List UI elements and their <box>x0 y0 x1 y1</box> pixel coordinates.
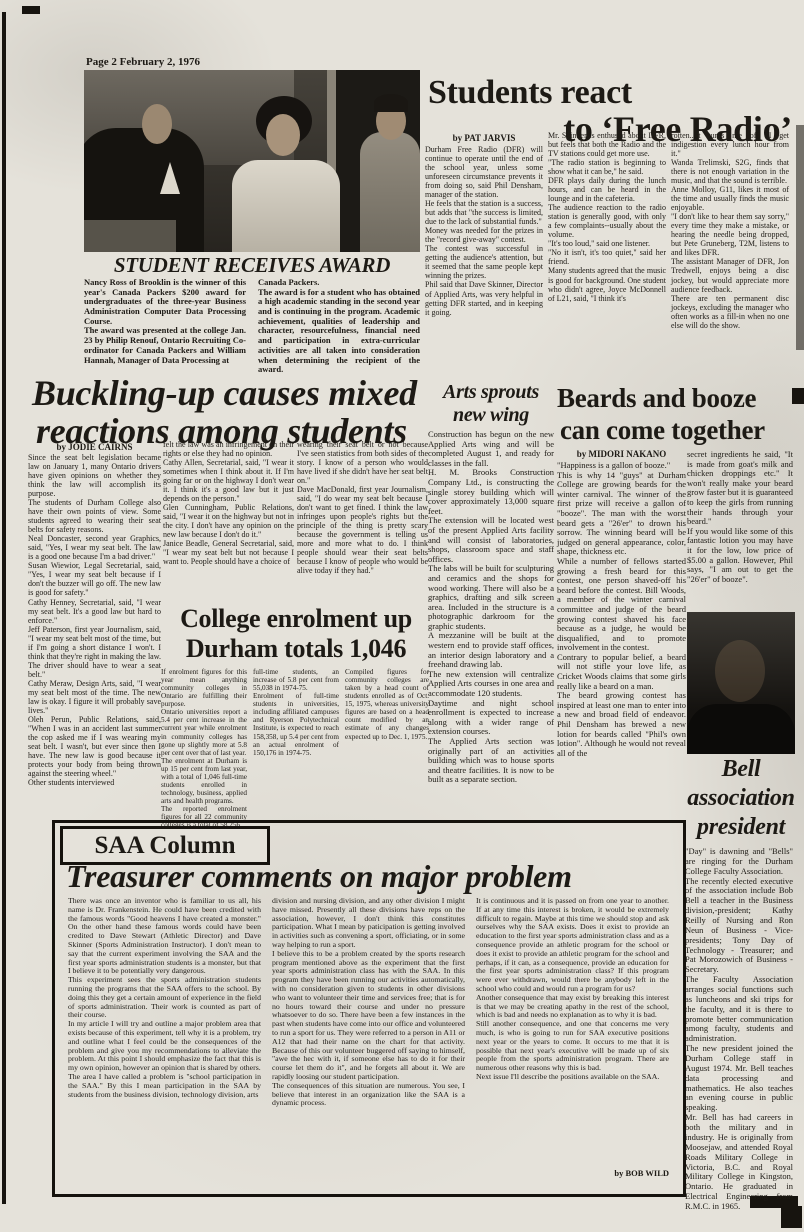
buckling-col1: Since the seat belt legislation became l… <box>28 453 161 787</box>
enrolment-col2: full-time students, an increase of 5.8 p… <box>253 668 339 757</box>
beards-headline-line2: can come together <box>560 415 765 446</box>
photo-person-left-face <box>142 104 172 144</box>
saa-col3: It is continuous and it is passed on fro… <box>476 897 669 1082</box>
award-caption-col1: Nancy Ross of Brooklin is the winner of … <box>84 278 246 365</box>
bell-headline-line1: Bell <box>686 756 796 783</box>
buckling-byline: by JODIE CAIRNS <box>28 442 161 452</box>
beards-byline: by MIDORI NAKANO <box>557 449 686 459</box>
photo-person-right-suit <box>360 132 420 252</box>
arts-headline-line2: new wing <box>428 404 554 427</box>
award-photo <box>84 70 420 252</box>
free-radio-headline-line1: Students react <box>428 74 632 112</box>
arts-headline-line1: Arts sprouts <box>428 381 554 404</box>
free-radio-col2: Mr. Skinner is enthused about DFR, but f… <box>548 131 666 303</box>
scan-blot-right <box>792 388 804 404</box>
photo-person-right-hair <box>374 94 408 112</box>
beards-headline-line1: Beards and booze <box>557 383 756 414</box>
saa-col1: There was once an inventor who is famili… <box>68 897 261 1099</box>
scan-edge-rule <box>2 12 6 1204</box>
enrolment-headline-line1: College enrolment up <box>160 604 432 634</box>
buckling-headline-line1: Buckling-up causes mixed <box>32 372 417 414</box>
photo-beards-face <box>715 640 765 702</box>
award-caption-title: STUDENT RECEIVES AWARD <box>84 253 420 278</box>
saa-byline: by BOB WILD <box>476 1168 669 1178</box>
beards-col2: secret ingredients he said, "It is made … <box>687 450 793 584</box>
buckling-col3: wearing their seat belt or not because I… <box>297 440 428 575</box>
photo-person-center-blouse <box>232 160 340 252</box>
enrolment-col1: If enrolment figures for this year mean … <box>161 668 247 829</box>
beards-col1: "Happiness is a gallon of booze." This i… <box>557 461 686 758</box>
photo-beards-shoulders <box>687 704 795 754</box>
newspaper-page: Page 2 February 2, 1976 STUDENT RECEIVES… <box>0 0 804 1232</box>
bell-headline-line3: president <box>686 814 796 841</box>
saa-col2: division and nursing division, and any o… <box>272 897 465 1108</box>
free-radio-col1: Durham Free Radio (DFR) will continue to… <box>425 145 543 317</box>
bell-headline-line2: association <box>686 785 796 812</box>
arts-body: Construction has begun on the new Applie… <box>428 430 554 785</box>
award-caption-col2: Canada Packers. The award is for a stude… <box>258 278 420 375</box>
buckling-col2: felt the law was an infringement on thei… <box>163 440 294 566</box>
saa-headline: Treasurer comments on major problem <box>66 858 678 895</box>
free-radio-byline: by PAT JARVIS <box>425 133 543 143</box>
enrolment-headline-line2: Durham totals 1,046 <box>160 634 432 664</box>
scan-corner-tick <box>22 6 40 14</box>
bell-body: "Day" is dawning and "Bells" are ringing… <box>685 847 793 1212</box>
page-header: Page 2 February 2, 1976 <box>86 56 200 68</box>
enrolment-col3: Compiled figures for community colleges … <box>345 668 429 741</box>
photo-table <box>84 220 176 252</box>
scan-smudge-right <box>796 125 804 350</box>
photo-person-center-face <box>266 114 300 156</box>
free-radio-col3: rotten...It turns me off. I get indigest… <box>671 131 789 330</box>
beards-photo <box>687 612 795 754</box>
